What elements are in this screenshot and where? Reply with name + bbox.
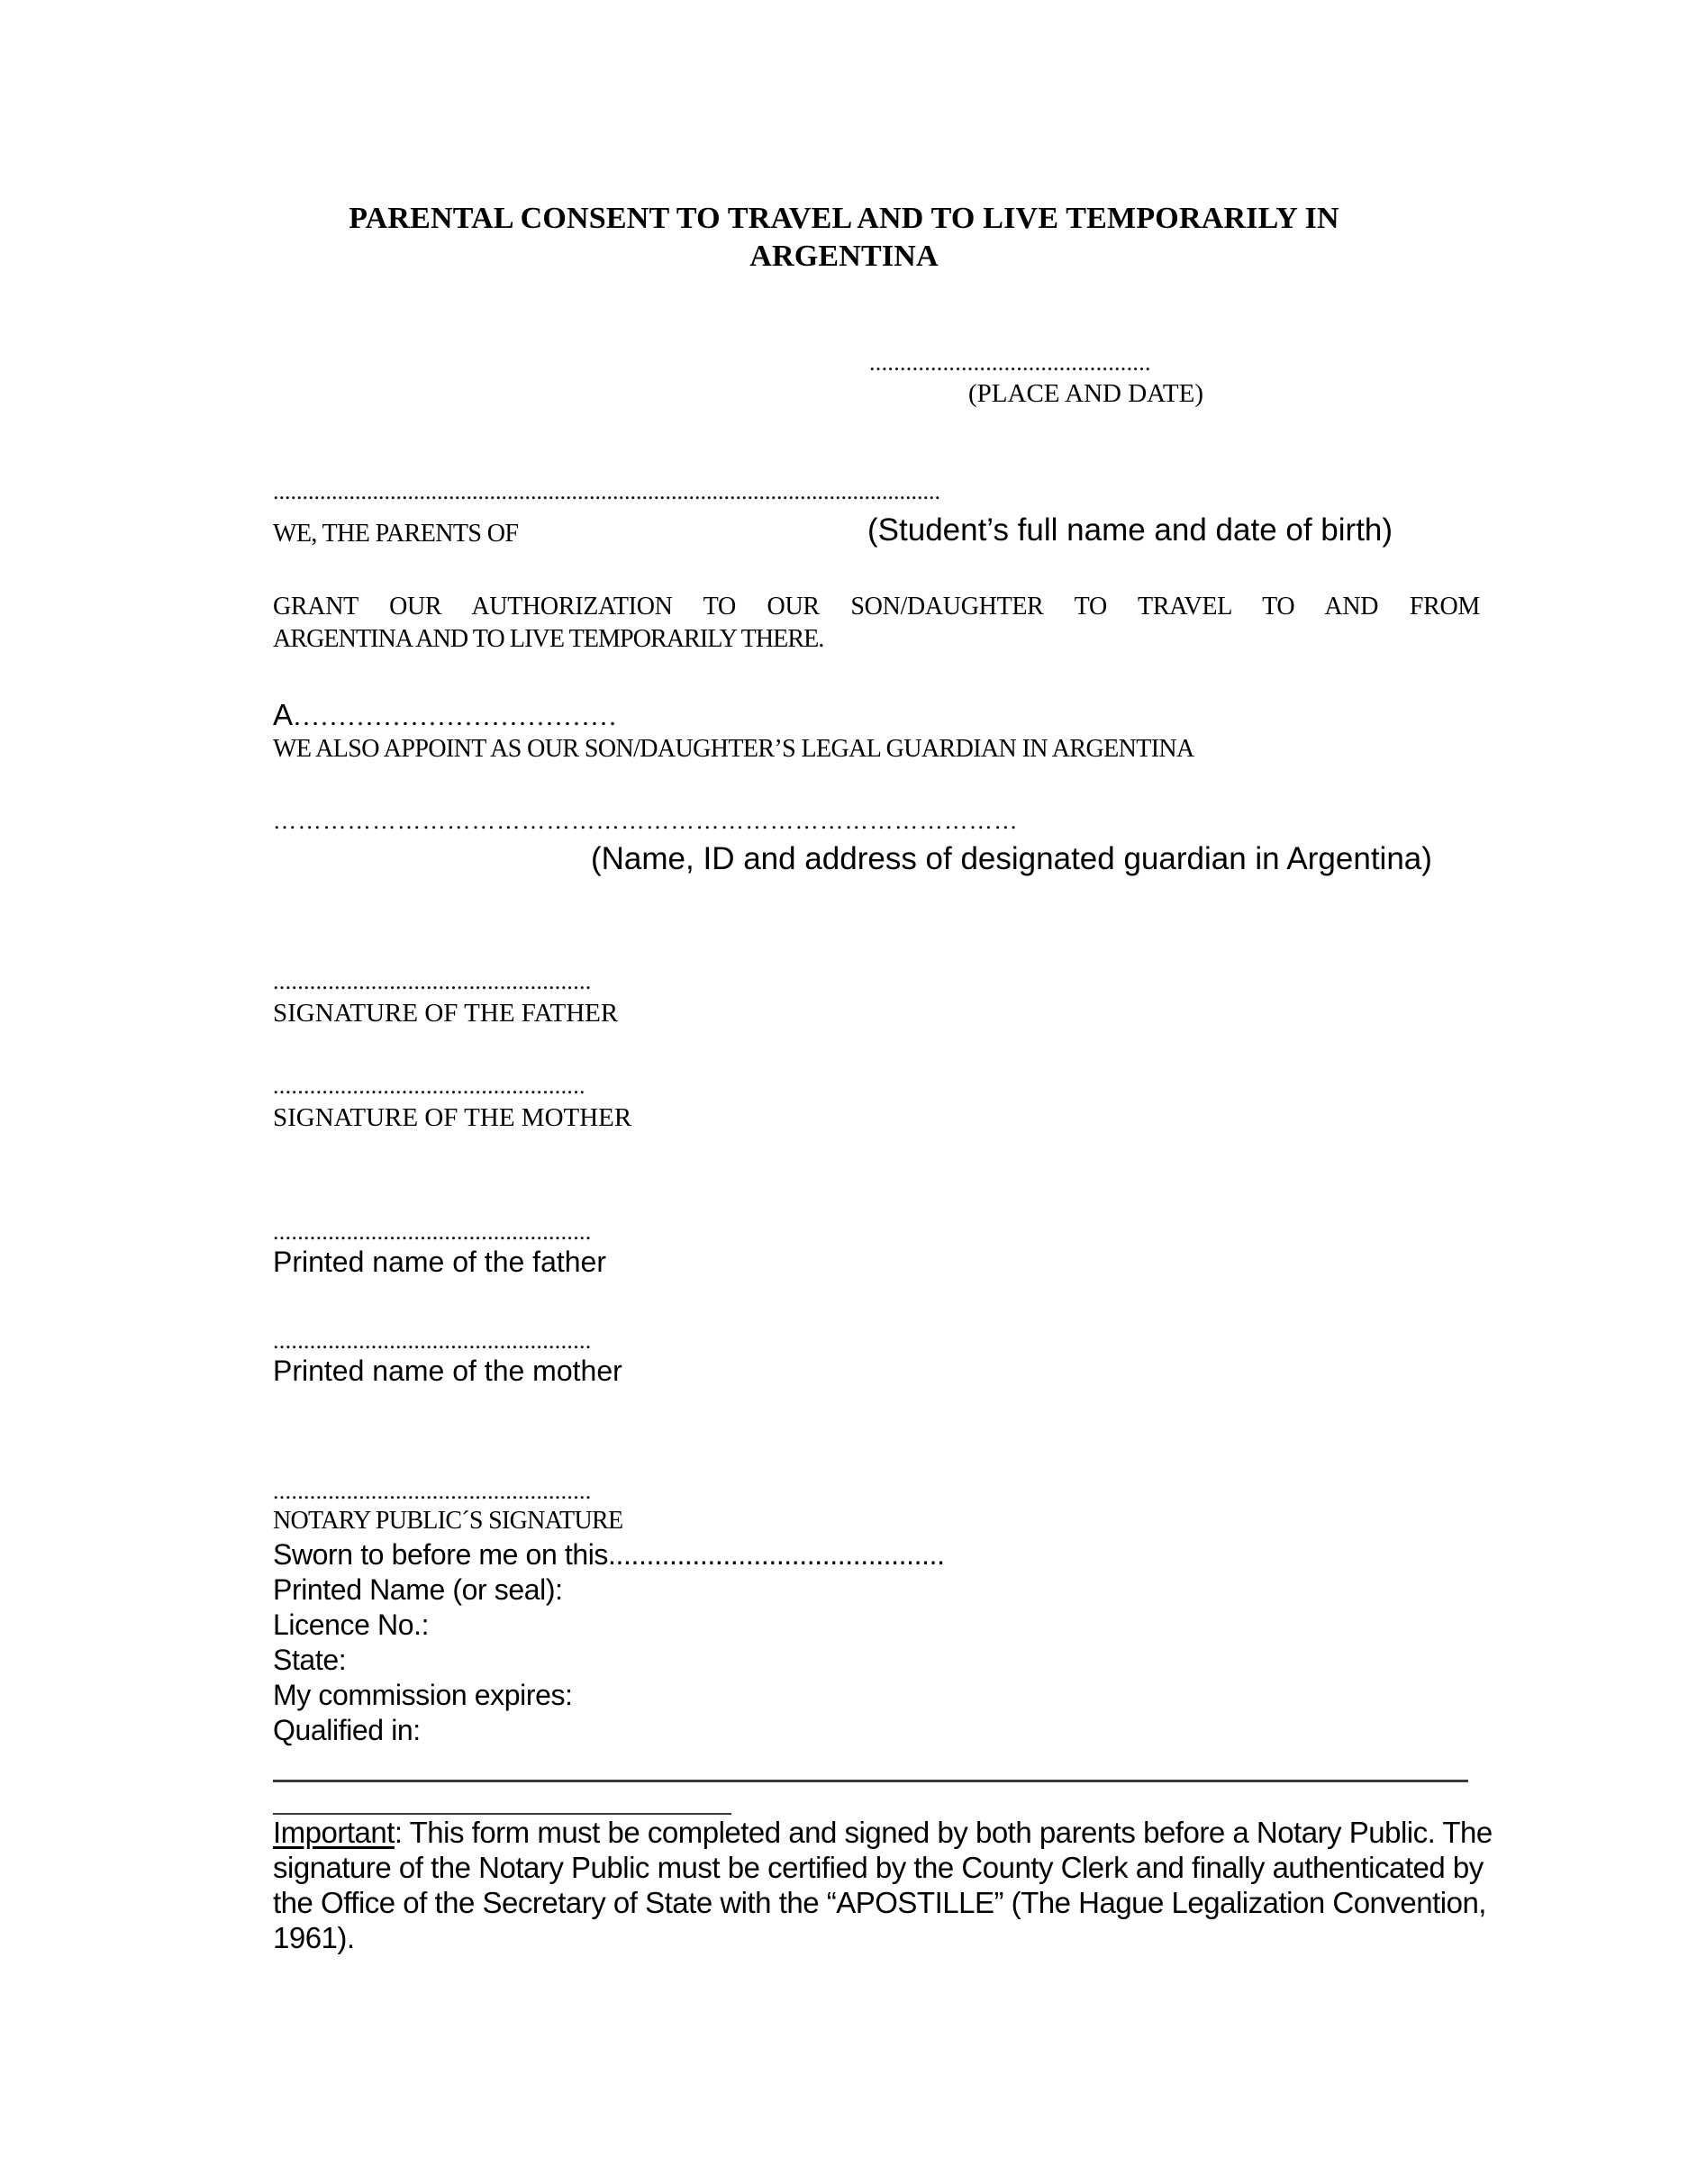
notary-qualified-field: Qualified in: bbox=[273, 1714, 421, 1747]
guardian-prefix-blank[interactable]: A……………………………… bbox=[273, 698, 617, 732]
guardian-blank[interactable]: ……………………………………………………………………………… bbox=[273, 808, 1019, 835]
important-note: Important: This form must be completed a… bbox=[273, 1815, 1516, 1955]
important-text: : This form must be completed and signed… bbox=[273, 1816, 1493, 1954]
notary-printed-name-field: Printed Name (or seal): bbox=[273, 1573, 563, 1607]
guardian-statement: WE ALSO APPOINT AS OUR SON/DAUGHTER’S LE… bbox=[273, 735, 1194, 764]
mother-signature-blank[interactable]: ........................................… bbox=[273, 1073, 585, 1100]
authorization-line-2: ARGENTINA AND TO LIVE TEMPORARILY THERE. bbox=[273, 625, 823, 654]
notary-signature-blank[interactable]: ........................................… bbox=[273, 1478, 592, 1505]
parents-label: WE, THE PARENTS OF bbox=[273, 520, 518, 548]
separator-rule-long bbox=[273, 1780, 1468, 1782]
guardian-prefix-dots: ……………………………… bbox=[293, 702, 617, 731]
notary-licence-field: Licence No.: bbox=[273, 1609, 429, 1642]
student-name-blank[interactable]: ........................................… bbox=[273, 478, 940, 505]
mother-signature-label: SIGNATURE OF THE MOTHER bbox=[273, 1103, 631, 1133]
place-date-blank[interactable]: ........................................… bbox=[869, 349, 1151, 376]
mother-printed-name-label: Printed name of the mother bbox=[273, 1355, 622, 1388]
important-label: Important bbox=[273, 1816, 395, 1849]
mother-printed-name-blank[interactable]: ........................................… bbox=[273, 1328, 592, 1355]
guardian-hint: (Name, ID and address of designated guar… bbox=[591, 841, 1432, 877]
father-printed-name-blank[interactable]: ........................................… bbox=[273, 1219, 592, 1246]
document-title-line-2: ARGENTINA bbox=[0, 240, 1688, 274]
place-date-label: (PLACE AND DATE) bbox=[968, 379, 1203, 409]
father-signature-blank[interactable]: ........................................… bbox=[273, 968, 592, 995]
notary-state-field: State: bbox=[273, 1644, 346, 1677]
notary-sworn-date[interactable]: Sworn to before me on this..............… bbox=[273, 1538, 945, 1572]
guardian-prefix-letter: A bbox=[273, 698, 293, 731]
notary-signature-label: NOTARY PUBLIC´S SIGNATURE bbox=[273, 1507, 622, 1536]
authorization-line-1: GRANT OUR AUTHORIZATION TO OUR SON/DAUGH… bbox=[273, 593, 1480, 621]
document-title-line-1: PARENTAL CONSENT TO TRAVEL AND TO LIVE T… bbox=[0, 202, 1688, 236]
father-printed-name-label: Printed name of the father bbox=[273, 1246, 606, 1279]
student-hint: (Student’s full name and date of birth) bbox=[867, 512, 1393, 548]
notary-commission-field: My commission expires: bbox=[273, 1679, 573, 1712]
father-signature-label: SIGNATURE OF THE FATHER bbox=[273, 999, 618, 1029]
